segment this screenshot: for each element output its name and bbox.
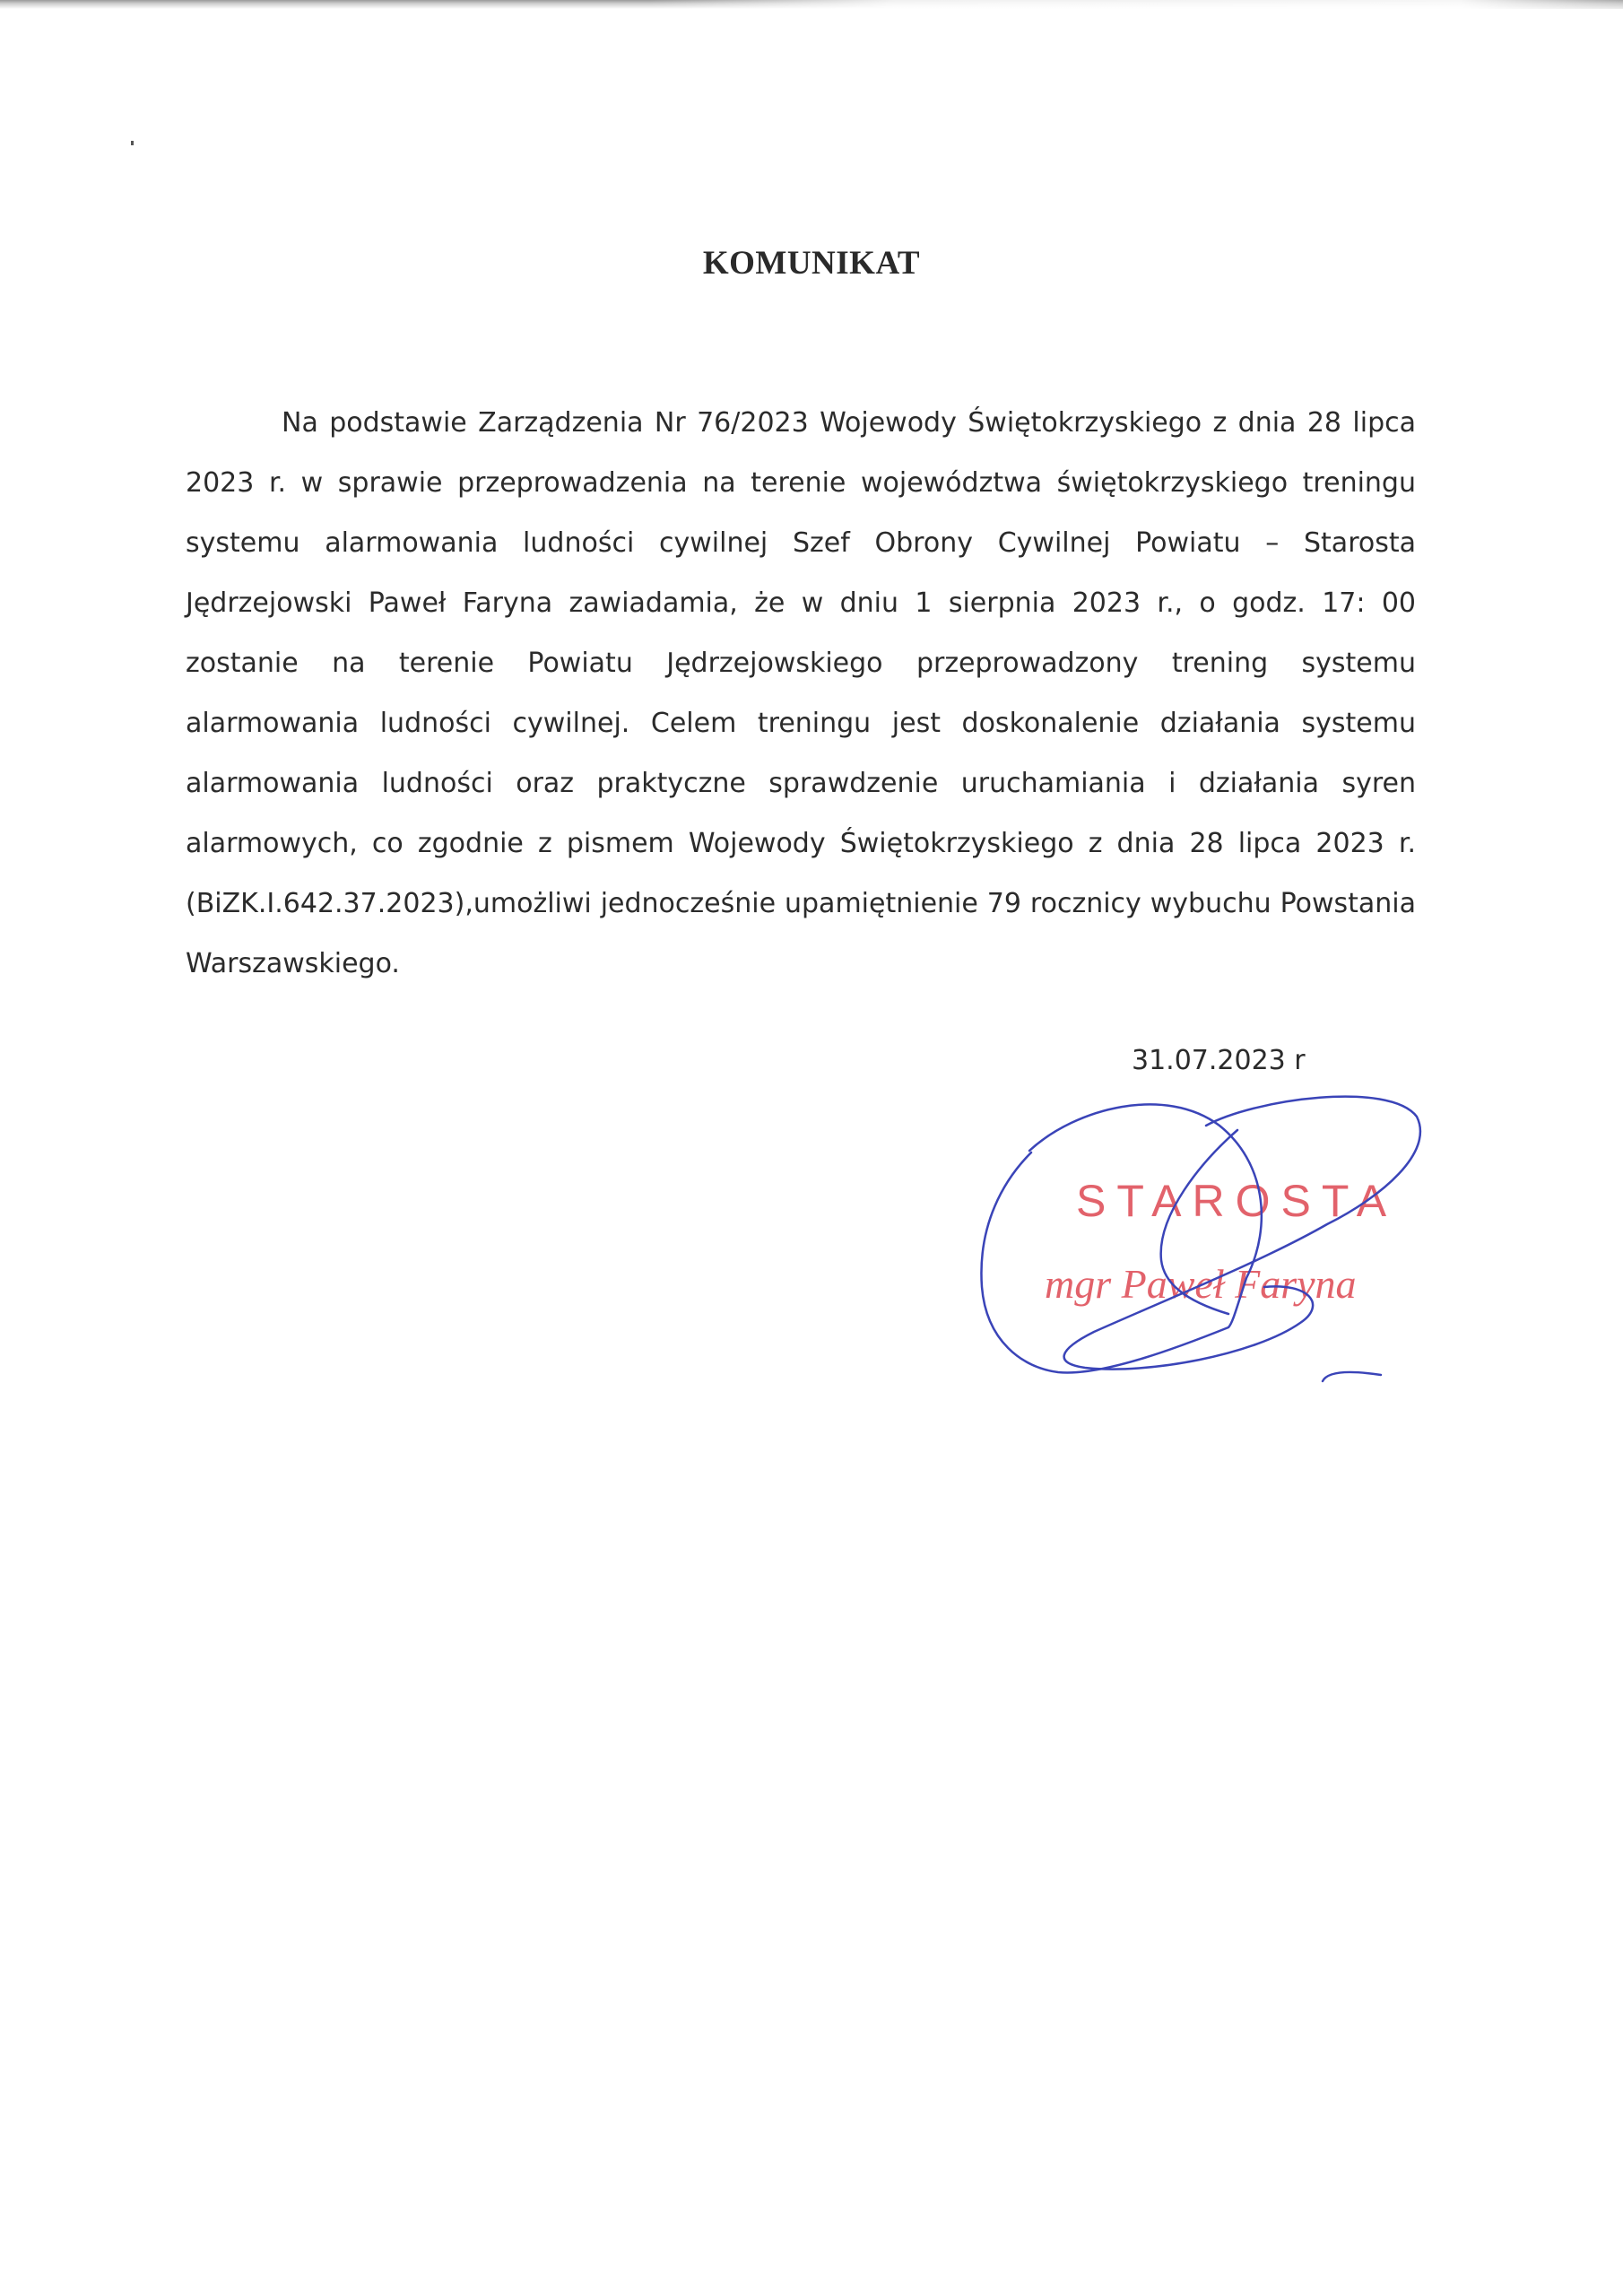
document-body: Na podstawie Zarządzenia Nr 76/2023 Woje… bbox=[186, 393, 1416, 994]
handwritten-signature bbox=[968, 1090, 1453, 1386]
document-date: 31.07.2023 r bbox=[1132, 1045, 1306, 1076]
document-title: KOMUNIKAT bbox=[0, 244, 1623, 283]
stamp-signature-block: STAROSTA mgr Paweł Faryna bbox=[968, 1090, 1453, 1386]
scan-edge-shadow bbox=[0, 0, 1623, 9]
scan-speck bbox=[131, 141, 134, 145]
